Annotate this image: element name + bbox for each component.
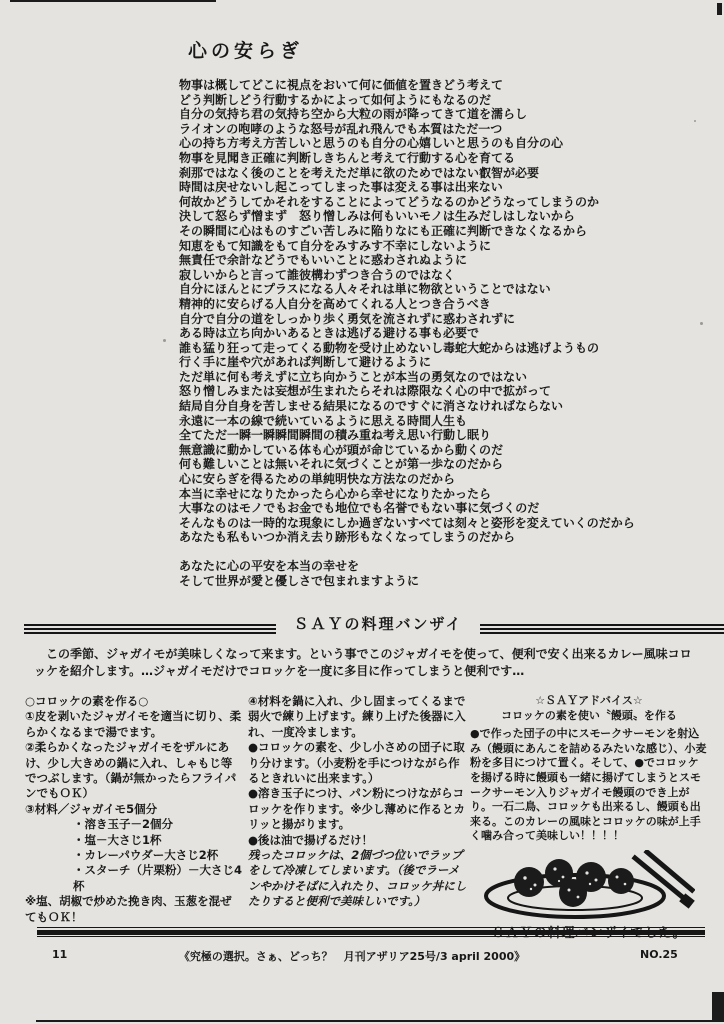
recipe-intro: この季節、ジャガイモが美味しくなって来ます。という事でこのジャガイモを使って、便… (34, 646, 702, 679)
recipe-column-left: ○コロッケの素を作る○ ①皮を剥いたジャガイモを適当に切り、柔らかくなるまで湯で… (25, 694, 243, 925)
poem-line: 物事を見聞き正確に判断しきちんと考えて行動する心を育てる (179, 151, 635, 166)
poem-block: 物事は概してどこに視点をおいて何に価値を置きどう考えて どう判断しどう行動するか… (179, 78, 635, 588)
scanned-zine-page: 心の安らぎ 物事は概してどこに視点をおいて何に価値を置きどう考えて どう判断しど… (0, 0, 724, 1024)
footer-issue-number: NO.25 (640, 948, 678, 961)
header-rule-left (24, 624, 276, 634)
poem-line: 決して怒らず憎まず 怒り憎しみは何もいいモノは生みだしはしないから (179, 209, 635, 224)
scan-artifact-top-right-mark (717, 3, 722, 15)
recipe-step: ●後は油で揚げるだけ！ (248, 833, 468, 848)
scan-speck (694, 120, 696, 122)
poem-line: 自分で自分の道をしっかり歩く勇気を流されずに惑わされずに (179, 312, 635, 327)
page-title: 心の安らぎ (188, 36, 303, 63)
poem-closing-line: あなたに心の平安を本当の幸せを (179, 559, 635, 574)
recipe-column-middle: ④材料を鍋に入れ、少し固まってくるまで弱火で練り上げます。練り上げた後器に入れ、… (248, 694, 468, 910)
ingredient-item: ・塩－大さじ1杯 (25, 833, 243, 848)
recipe-freezer-tip: 残ったコロッケは、2個づつ位いでラップをして冷凍してしまいます。（後でラーメンや… (248, 848, 468, 910)
recipe-step: ●溶き玉子につけ、パン粉につけながらコロッケを作ります。※少し薄めに作るとカリッ… (248, 786, 468, 832)
poem-line: 何も難しいことは無いそれに気づくことが第一歩なのだから (179, 457, 635, 472)
poem-line: 本当に幸せになりたかったら心から幸せになりたかったら (179, 487, 635, 502)
recipe-note: ※塩、胡椒で炒めた挽き肉、玉葱を混ぜてもＯＫ！ (25, 894, 243, 925)
poem-line: 何故かどうしてかそれをすることによってどうなるのかどうなってしまうのか (179, 195, 635, 210)
poem-stanza-gap (179, 545, 635, 559)
scan-speck (700, 322, 703, 325)
poem-line: そんなものは一時的な現象にしか過ぎないすべては刻々と姿形を変えていくのだから (179, 516, 635, 531)
ingredient-item: ・スターチ（片栗粉）－大さじ4杯 (25, 863, 243, 894)
illustration-wrap (470, 850, 708, 925)
poem-line: あなたも私もいつか消え去り跡形もなくなってしまうのだから (179, 530, 635, 545)
poem-line: 行く手に崖や穴があれば判断して避けるように (179, 355, 635, 370)
recipe-column-advice: ☆ＳＡＹアドバイス☆ コロッケの素を使い〝饅頭〟を作る ●で作った団子の中にスモ… (470, 694, 708, 941)
scan-speck (163, 339, 166, 342)
poem-line: 刹那ではなく後のことを考えただ単に欲のためではない叡智が必要 (179, 166, 635, 181)
footer-page-number: 11 (52, 948, 67, 961)
poem-line: 心の持ち方考え方苦しいと思うのも自分の心嬉しいと思うのも自分の心 (179, 136, 635, 151)
poem-line: 自分の気持ち君の気持ち空から大粒の雨が降ってきて道を濡らし (179, 107, 635, 122)
poem-line: 心に安らぎを得るための単純明快な方法なのだから (179, 472, 635, 487)
recipe-section-title: ＳＡＹの料理バンザイ (276, 613, 480, 634)
poem-line: 無責任で余計などうでもいいことに惑わされぬように (179, 253, 635, 268)
recipe-step: ③材料／ジャガイモ5個分 (25, 802, 243, 817)
poem-closing-line: そして世界が愛と優しさで包まれますように (179, 574, 635, 589)
poem-line: 結局自分自身を苦しませる結果になるのですぐに消さなければならない (179, 399, 635, 414)
header-rule-right (480, 624, 724, 634)
croquette-plate-illustration (483, 850, 695, 920)
poem-line: 時間は戻せないし起こってしまった事は変える事は出来ない (179, 180, 635, 195)
poem-line: 永遠に一本の線で続いているように思える時間人生も (179, 414, 635, 429)
recipe-step: ①皮を剥いたジャガイモを適当に切り、柔らかくなるまで湯でます。 (25, 709, 243, 740)
poem-line: ある時は立ち向かいあるときは逃げる避ける事も必要で (179, 326, 635, 341)
advice-body: ●で作った団子の中にスモークサーモンを射込み（饅頭にあんこを詰めるみたいな感じ）… (470, 727, 708, 844)
poem-line: 無意識に動かしている体も心が頭が命じているから動くのだ (179, 443, 635, 458)
ingredient-item: ・溶き玉子－2個分 (25, 817, 243, 832)
advice-subtitle: コロッケの素を使い〝饅頭〟を作る (470, 709, 708, 724)
poem-line: 精神的に安らげる人自分を高めてくれる人とつき合うべき (179, 297, 635, 312)
poem-line: 全てただ一瞬一瞬瞬間瞬間の積み重ね考え思い行動し眠り (179, 428, 635, 443)
recipe-step: ●コロッケの素を、少し小さめの団子に取り分けます。（小麦粉を手につけながら作ると… (248, 740, 468, 786)
ingredient-item: ・カレーパウダー大さじ2杯 (25, 848, 243, 863)
footer-rule (37, 927, 705, 937)
poem-line: 自分にほんとにプラスになる人々それは単に物欲ということではない (179, 282, 635, 297)
scan-artifact-right-blob (712, 992, 724, 1020)
poem-line: ただ単に何も考えずに立ち向かうことが本当の勇気なのではない (179, 370, 635, 385)
poem-line: ライオンの咆哮のような怒号が乱れ飛んでも本質はただ一つ (179, 122, 635, 137)
poem-line: 物事は概してどこに視点をおいて何に価値を置きどう考えて (179, 78, 635, 93)
recipe-left-heading: ○コロッケの素を作る○ (25, 694, 243, 709)
poem-line: その瞬間に心はものすごい苦しみに陥りなにも正確に判断できなくなるから (179, 224, 635, 239)
poem-line: 大事なのはモノでもお金でも地位でも名誉でもない事に気づくのだ (179, 501, 635, 516)
recipe-step: ④材料を鍋に入れ、少し固まってくるまで弱火で練り上げます。練り上げた後器に入れ、… (248, 694, 468, 740)
scan-artifact-bottom-line (36, 1020, 724, 1022)
poem-line: 怒り憎しみまたは妄想が生まれたらそれは際限なく心の中で拡がって (179, 384, 635, 399)
footer-publication-info: 《究極の選択。さぁ、どっち？ 月刊アザリア25号/3 april 2000》 (112, 948, 592, 964)
recipe-step: ②柔らかくなったジャガイモをザルにあけ、少し大きめの鍋に入れ、しゃもじ等でつぶし… (25, 740, 243, 802)
scan-artifact-top-line (10, 0, 216, 2)
poem-line: 寂しいからと言って誰彼構わずつき合うのではなく (179, 268, 635, 283)
poem-line: 知恵をもて知識をもて自分をみすみす不幸にしないように (179, 239, 635, 254)
advice-title: ☆ＳＡＹアドバイス☆ (470, 694, 708, 709)
poem-line: 誰も猛り狂って走ってくる動物を受け止めないし毒蛇大蛇からは逃げようもの (179, 341, 635, 356)
poem-line: どう判断しどう行動するかによって如何ようにもなるのだ (179, 93, 635, 108)
